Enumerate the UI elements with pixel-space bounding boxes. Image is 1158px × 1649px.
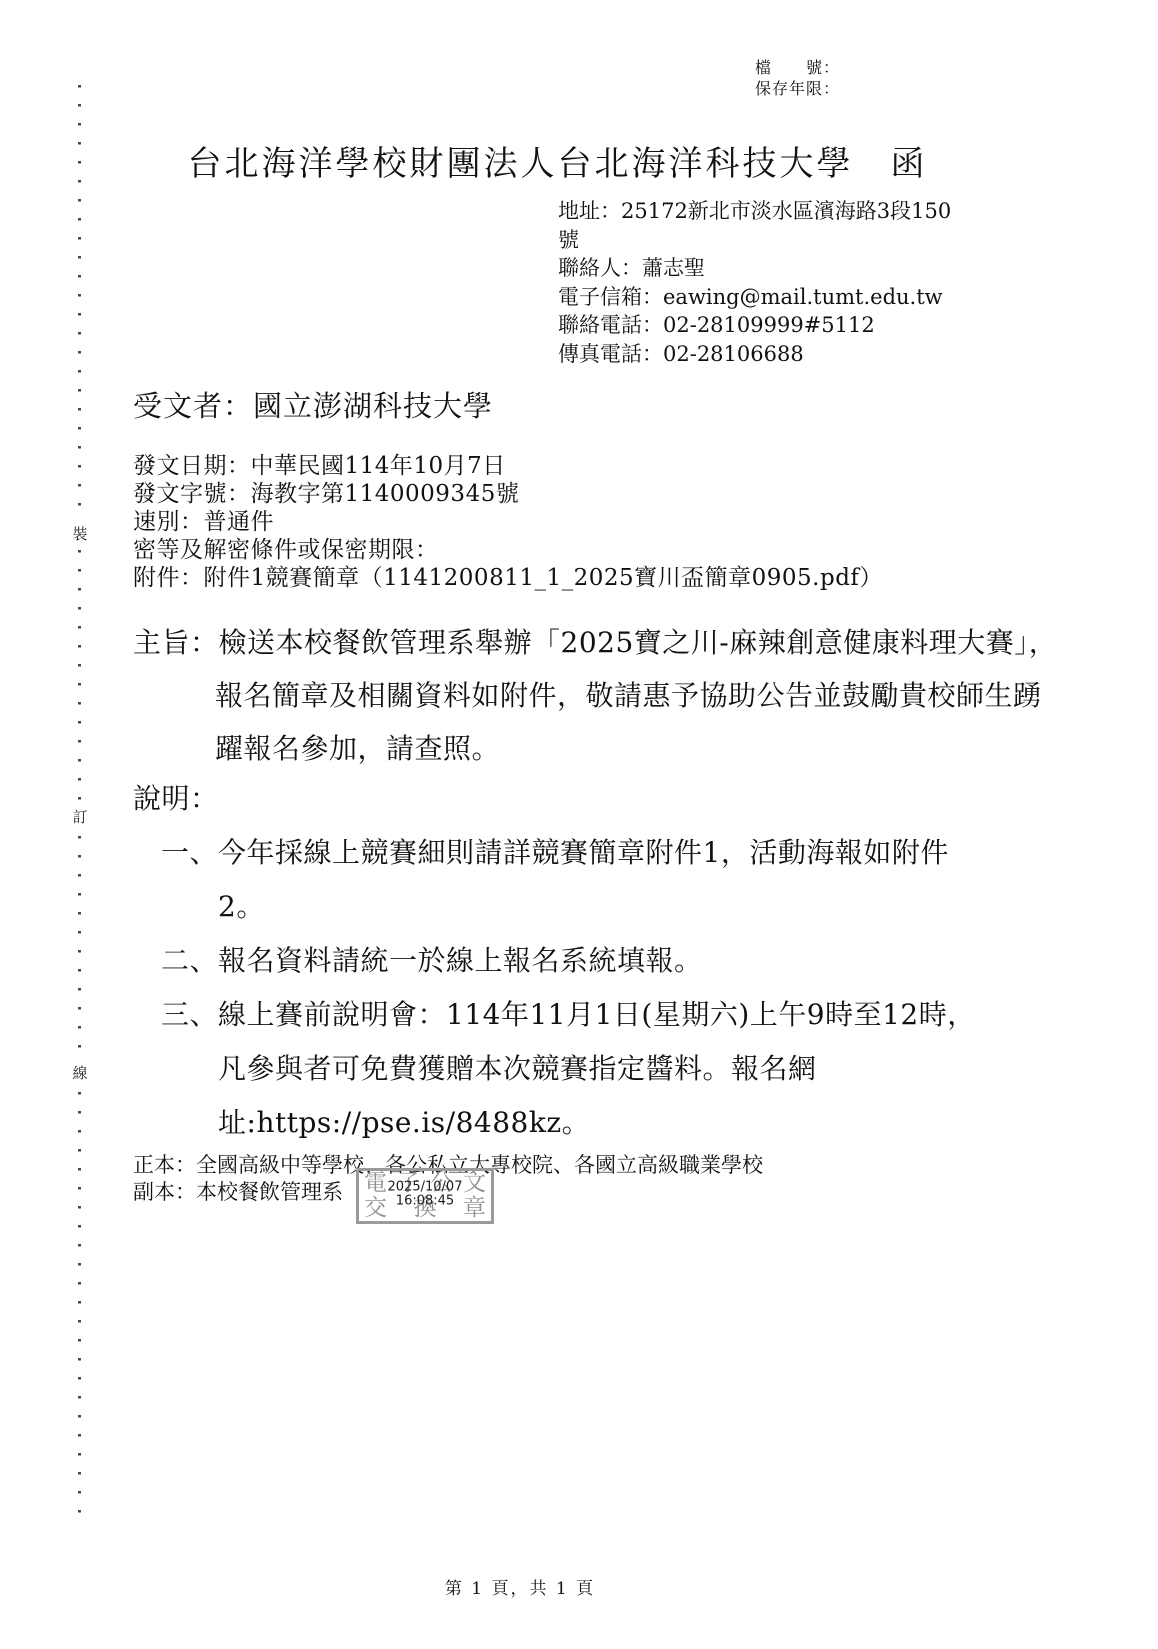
stamp-date: 2025/10/07: [388, 1181, 463, 1195]
binding-mark-xian: 線: [71, 1062, 89, 1083]
archive-labels: 檔 號： 保存年限：: [755, 57, 840, 99]
attachment-line: 附件：附件1競賽簡章（1141200811_1_2025寶川盃簡章0905.pd…: [133, 564, 973, 592]
item-number: 二、: [161, 944, 218, 977]
binding-dot-line: [78, 550, 81, 805]
item-number: 一、: [161, 836, 218, 869]
stamp-timestamp: 2025/10/07 16:08:45: [388, 1181, 463, 1209]
item-text-suffix: 。: [562, 1106, 591, 1139]
exchange-stamp: 電子公文 交換章 2025/10/07 16:08:45: [356, 1168, 494, 1224]
description-section: 說明： 一、今年採線上競賽細則請詳競賽簡章附件1，活動海報如附件2。 二、報名資…: [133, 772, 981, 1150]
page-number-footer: 第 1 頁，共 1 頁: [0, 1574, 1040, 1599]
subject-text: 檢送本校餐飲管理系舉辦「2025寶之川-麻辣創意健康料理大賽」，報名簡章及相關資…: [215, 626, 1057, 765]
binding-dot-line: [78, 1092, 81, 1528]
stamp-time-value: 16:08:45: [388, 1195, 463, 1209]
subject-paragraph: 主旨：檢送本校餐飲管理系舉辦「2025寶之川-麻辣創意健康料理大賽」，報名簡章及…: [133, 616, 1063, 775]
document-meta-block: 發文日期：中華民國114年10月7日 發文字號：海教字第1140009345號 …: [133, 452, 973, 592]
sender-fax-line: 傳真電話：02-28106688: [558, 340, 958, 369]
item-text: 今年採線上競賽細則請詳競賽簡章附件1，活動海報如附件2。: [218, 836, 949, 923]
sender-phone-line: 聯絡電話：02-28109999#5112: [558, 311, 958, 340]
description-label: 說明：: [133, 772, 981, 826]
sender-contact-line: 聯絡人：蕭志聖: [558, 254, 958, 283]
retention-period-label: 保存年限：: [755, 78, 840, 99]
binding-mark-zhuang: 裝: [71, 523, 89, 544]
description-item: 三、線上賽前說明會：114年11月1日(星期六)上午9時至12時，凡參與者可免費…: [161, 988, 981, 1150]
recipient-line: 受文者：國立澎湖科技大學: [133, 384, 493, 425]
doc-number-line: 發文字號：海教字第1140009345號: [133, 480, 973, 508]
sender-email-line: 電子信箱：eawing@mail.tumt.edu.tw: [558, 283, 958, 312]
description-item: 二、報名資料請統一於線上報名系統填報。: [161, 934, 981, 988]
issue-date-line: 發文日期：中華民國114年10月7日: [133, 452, 973, 480]
item-number: 三、: [161, 998, 218, 1031]
document-page: 裝 訂 線 檔 號： 保存年限： 台北海洋學校財團法人台北海洋科技大學 函 地址…: [0, 0, 1158, 1649]
file-number-label: 檔 號：: [755, 57, 840, 78]
security-class-line: 密等及解密條件或保密期限：: [133, 536, 973, 564]
registration-url: https://pse.is/8488kz: [256, 1106, 561, 1139]
binding-mark-ding: 訂: [71, 806, 89, 827]
description-item: 一、今年採線上競賽細則請詳競賽簡章附件1，活動海報如附件2。: [161, 826, 981, 934]
binding-dot-line: [78, 836, 81, 1060]
letter-title: 台北海洋學校財團法人台北海洋科技大學 函: [0, 136, 1115, 185]
speed-class-line: 速別：普通件: [133, 508, 973, 536]
item-text: 報名資料請統一於線上報名系統填報。: [218, 944, 703, 977]
sender-info-block: 地址：25172新北市淡水區濱海路3段150號 聯絡人：蕭志聖 電子信箱：eaw…: [558, 197, 958, 368]
subject-label: 主旨：: [133, 626, 219, 659]
sender-address-line: 地址：25172新北市淡水區濱海路3段150號: [558, 197, 958, 254]
